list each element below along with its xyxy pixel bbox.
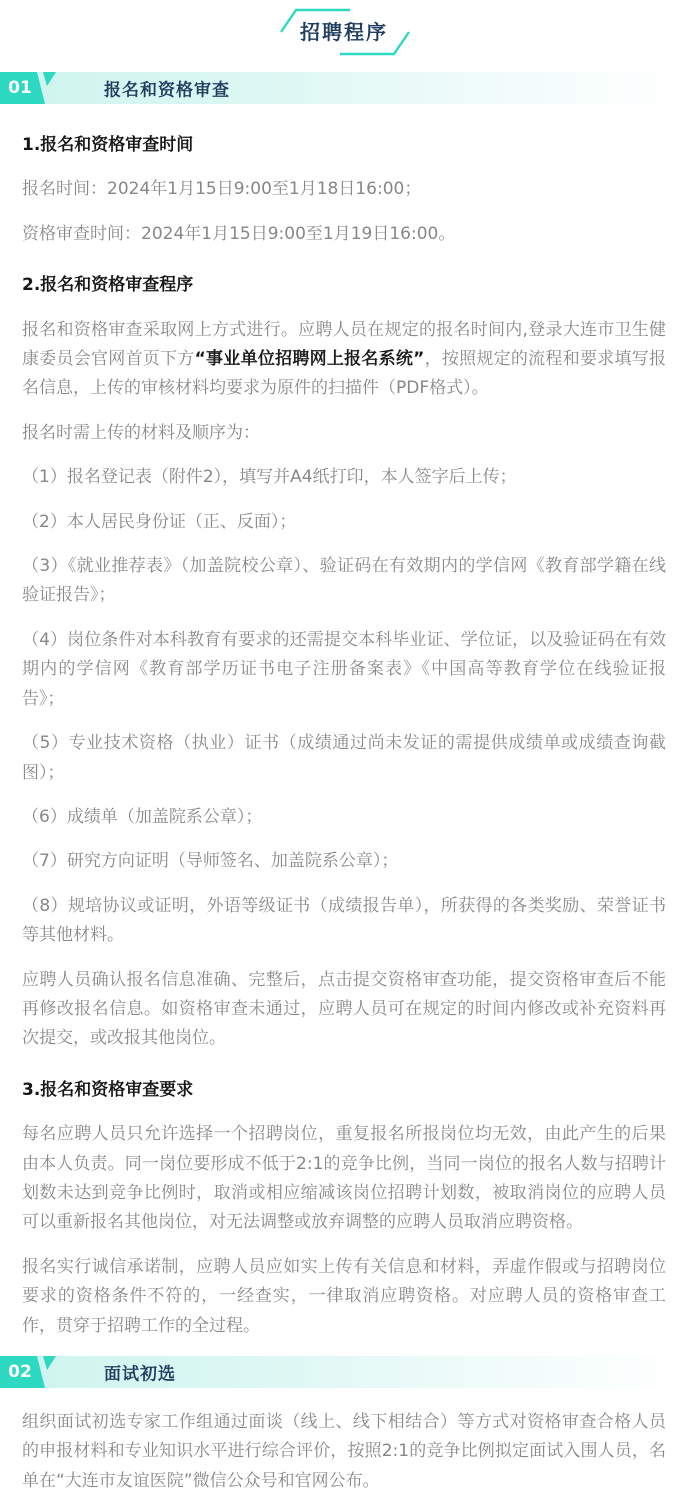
section-02: 02面试初选组织面试初选专家工作组通过面谈（线上、线下相结合）等方式对资格审查合…: [0, 1356, 688, 1496]
sub-heading: 3.报名和资格审查要求: [22, 1076, 666, 1105]
sub-heading: 2.报名和资格审查程序: [22, 271, 666, 300]
paragraph: （5）专业技术资格（执业）证书（成绩通过尚未发证的需提供成绩单或成绩查询截图）；: [22, 729, 666, 788]
paragraph: （4）岗位条件对本科教育有要求的还需提交本科毕业证、学位证，以及验证码在有效期内…: [22, 626, 666, 714]
paragraph: （8）规培协议或证明，外语等级证书（成绩报告单），所获得的各类奖励、荣誉证书等其…: [22, 892, 666, 951]
section-body: 1.报名和资格审查时间报名时间：2024年1月15日9:00至1月18日16:0…: [0, 104, 688, 1341]
section-title: 报名和资格审查: [104, 76, 230, 101]
paragraph: 组织面试初选专家工作组通过面谈（线上、线下相结合）等方式对资格审查合格人员的申报…: [22, 1408, 666, 1496]
section-number: 01: [0, 72, 40, 104]
paragraph: 每名应聘人员只允许选择一个招聘岗位，重复报名所报岗位均无效，由此产生的后果由本人…: [22, 1120, 666, 1238]
doc-title-wrap: 招聘程序: [286, 12, 402, 52]
section-body: 组织面试初选专家工作组通过面谈（线上、线下相结合）等方式对资格审查合格人员的申报…: [0, 1388, 688, 1496]
section-number: 02: [0, 1356, 40, 1388]
paragraph: 报名实行诚信承诺制，应聘人员应如实上传有关信息和材料，弄虚作假或与招聘岗位要求的…: [22, 1253, 666, 1341]
paragraph: 报名时间：2024年1月15日9:00至1月18日16:00；: [22, 175, 666, 204]
page: 招聘程序 01报名和资格审查1.报名和资格审查时间报名时间：2024年1月15日…: [0, 0, 688, 1511]
paragraph: （6）成绩单（加盖院系公章）；: [22, 803, 666, 832]
section-header-bar: 02面试初选: [0, 1356, 688, 1388]
paragraph: （3）《就业推荐表》（加盖院校公章）、验证码在有效期内的学信网《教育部学籍在线验…: [22, 552, 666, 611]
article-sections: 01报名和资格审查1.报名和资格审查时间报名时间：2024年1月15日9:00至…: [0, 72, 688, 1496]
corner-slash-bottom-icon: [332, 30, 412, 58]
paragraph: （2）本人居民身份证（正、反面）；: [22, 508, 666, 537]
paragraph: 报名和资格审查采取网上方式进行。应聘人员在规定的报名时间内,登录大连市卫生健康委…: [22, 316, 666, 404]
paragraph: （7）研究方向证明（导师签名、加盖院系公章）；: [22, 847, 666, 876]
section-number-badge: 02: [0, 1356, 56, 1388]
section-header-bar: 01报名和资格审查: [0, 72, 688, 104]
paragraph: 应聘人员确认报名信息准确、完整后，点击提交资格审查功能，提交资格审查后不能再修改…: [22, 966, 666, 1054]
section-title: 面试初选: [104, 1360, 176, 1385]
paragraph: （1）报名登记表（附件2），填写并A4纸打印，本人签字后上传；: [22, 463, 666, 492]
paragraph: 报名时需上传的材料及顺序为：: [22, 419, 666, 448]
bold-text-run: “事业单位招聘网上报名系统”: [195, 349, 425, 369]
paragraph: 资格审查时间：2024年1月15日9:00至1月19日16:00。: [22, 220, 666, 249]
sub-heading: 1.报名和资格审查时间: [22, 131, 666, 160]
section-number-badge: 01: [0, 72, 56, 104]
section-01: 01报名和资格审查1.报名和资格审查时间报名时间：2024年1月15日9:00至…: [0, 72, 688, 1341]
doc-header: 招聘程序: [0, 0, 688, 62]
